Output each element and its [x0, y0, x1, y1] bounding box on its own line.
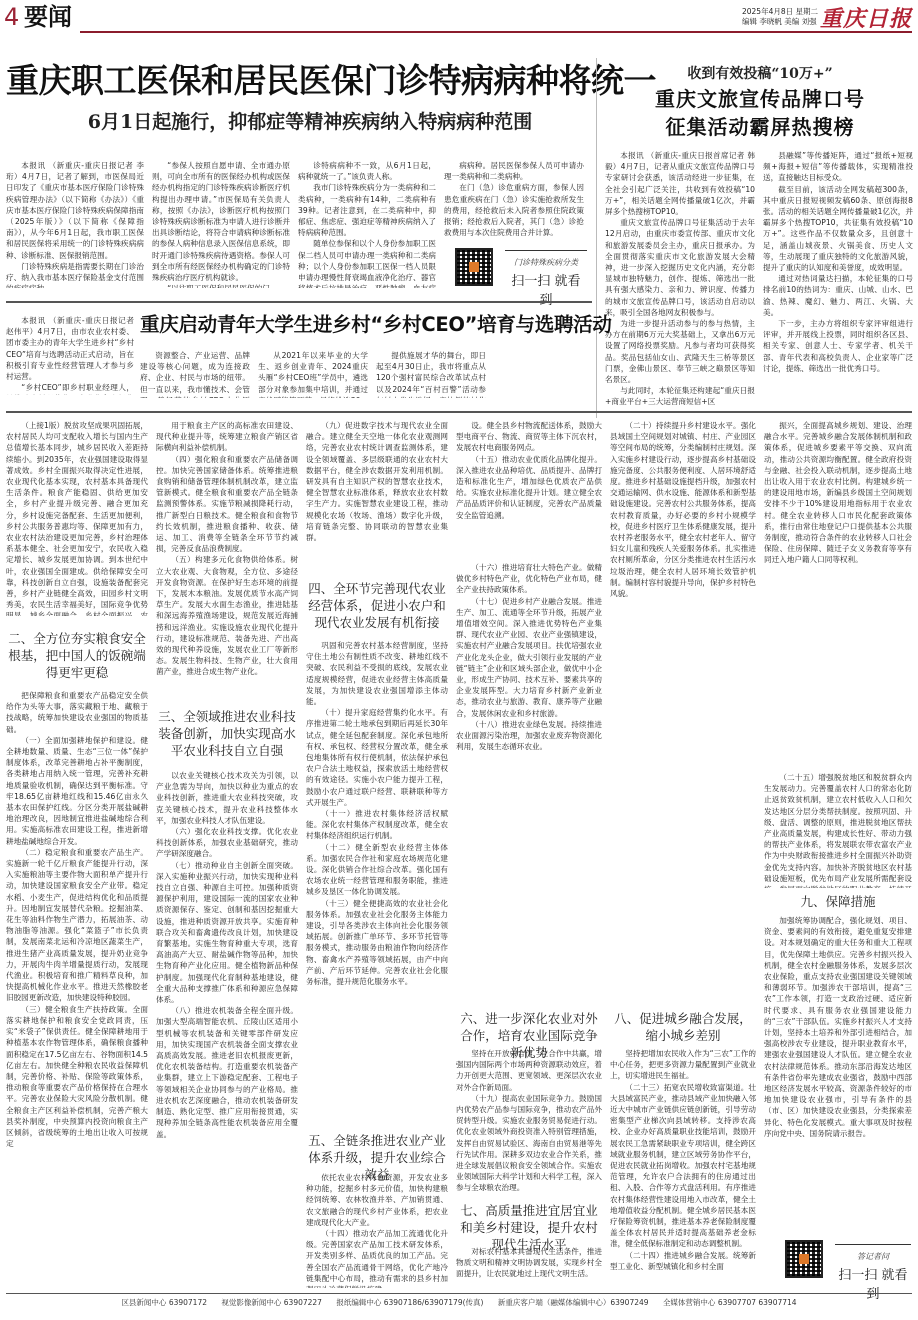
footer-contacts: 区县新闻中心 63907172 视觉影像新闻中心 63907227 报纸编辑中心… [0, 1297, 918, 1315]
plan-heading-8: 八、促进城乡融合发展，缩小城乡差别 [610, 1010, 756, 1044]
masthead-rule [80, 31, 912, 33]
plan-col-c-upper: （九）促进数字技术与现代农业全面融合。建立健全天空地一体化农业观测网络，完善农业… [306, 420, 448, 565]
plan-col-e-lower: 坚持把增加农民收入作为“三农”工作的中心任务，把更多资源力量配置到产业就业上，切… [610, 1048, 756, 1288]
ceo-headline: 重庆启动青年大学生进乡村“乡村CEO”培育与选聘活动 [140, 310, 600, 340]
footer-rule [6, 1293, 912, 1294]
section-rule [6, 301, 592, 303]
footer-item: 新重庆客户端（融媒体编辑中心）63907249 [498, 1298, 649, 1307]
plan-col-b-lower: 以农业关键核心技术攻关为引领，以产业急需为导向，加快以种业为重点的农业科技创新，… [156, 770, 298, 1288]
plan-qr-code[interactable] [785, 1240, 823, 1278]
section-name: 要闻 [24, 3, 72, 31]
side-column-1: 本报讯 （新重庆-重庆日报首席记者 韩毅）4月7日，记者从重庆文旅宣传品牌口号专… [605, 150, 755, 410]
lead-qr-code[interactable] [455, 248, 493, 286]
ceo-column-3: 从2021年以来毕业的大学生、返乡创业青年、2024重庆头雁“乡村CEO班”学员… [258, 350, 368, 398]
lead-subheadline: 6月1日起施行，抑郁症等精神疾病纳入特病病种范围 [40, 110, 580, 134]
plan-col-f-upper: 振兴，全面提高城乡规划、建设、治理融合水平。完善城乡融合发展体制机制和政策体系，… [764, 420, 912, 770]
plan-col-d-middle: （十六）推进培育壮大特色产业。做精做优乡村特色产业，优化特色产业布局，健全产业扶… [456, 562, 602, 1002]
issue-date: 2025年4月8日 星期二 [742, 7, 818, 17]
masthead: 4 要闻 2025年4月8日 星期二 编辑 李晓帆 美编 刘强 重庆日报 [0, 0, 918, 34]
qr-topic: 答记者问 [835, 1244, 911, 1262]
lead-column-3: 诊特病病种不一致，从6月1日起，病种就统一了。”该负责人称。我市门诊特殊疾病分为… [298, 160, 436, 288]
plan-col-b-upper: 用于粮食主产区的高标准农田建设、现代种业提升等，统筹建立粮食产销区省际横向利益补… [156, 420, 298, 682]
lead-headline: 重庆职工医保和居民医保门诊特病病种将统一 [6, 60, 586, 102]
newspaper-logo: 重庆日报 [820, 2, 912, 33]
plan-col-a-lower: 把保障粮食和重要农产品稳定安全供给作为头等大事，落实藏粮于地、藏粮于技战略，统筹… [6, 690, 148, 1288]
qr-topic: 门诊特殊疾病分类 [505, 250, 587, 268]
plan-col-e-upper: （二十）持续提升乡村建设水平。强化县域国土空间规划对城镇、村庄、产业园区等空间布… [610, 420, 756, 1000]
plan-col-c-bottom: 依托农业农村特色资源，开发农业多种功能，挖掘乡村多元价值，加快构建粮经饲统筹、农… [306, 1172, 448, 1288]
plan-heading-3: 三、全领域推进农业科技装备创新，加快实现高水平农业科技自立自强 [156, 708, 298, 759]
side-headline-line2: 征集活动霸屏热搜榜 [605, 113, 915, 141]
plan-col-c-lower: 巩固和完善农村基本经营制度，坚持守住土地公有制性质不改变、耕地红线不突破、农民利… [306, 640, 448, 1118]
lead-column-1: 本报讯 （新重庆-重庆日报记者 李珩）4月7日，记者了解到，市医保局近日印发了《… [6, 160, 144, 288]
masthead-meta: 2025年4月8日 星期二 编辑 李晓帆 美编 刘强 [742, 7, 818, 27]
lead-column-2: “参保人按照自愿申请、全市通办原则，可向全市所有的医保经办机构或医保经办机构指定… [152, 160, 290, 288]
footer-item: 区县新闻中心 63907172 [121, 1298, 207, 1307]
footer-item: 报纸编辑中心 63907186/63907179(传真) [336, 1298, 483, 1307]
ceo-column-4: 提供施展才华的舞台，即日起至4月30日止，我市将重点从120个强村富民综合改革试… [376, 350, 486, 398]
editors-credit: 编辑 李晓帆 美编 刘强 [742, 17, 818, 27]
lead-qr-caption: 门诊特殊疾病分类 扫一扫 就看到 [505, 250, 587, 308]
plan-heading-4: 四、全环节完善现代农业经营体系，促进小农户和现代农业发展有机衔接 [306, 580, 448, 631]
ceo-column-1: 本报讯 （新重庆-重庆日报记者 赵伟平）4月7日，由市农业农村委、团市委主办的青… [6, 315, 134, 395]
footer-item: 全媒体营销中心 63907707 63907714 [663, 1298, 797, 1307]
side-headline: 重庆文旅宣传品牌口号 征集活动霸屏热搜榜 [605, 85, 915, 141]
plan-heading-9: 九、保障措施 [764, 893, 912, 910]
plan-col-d-bottom: 对标农村基本具备现代生活条件，推进物质文明和精神文明协调发展，实现乡村全面提升，… [456, 1246, 602, 1288]
ceo-column-2: 资源整合、产业运营、品牌建设等核心问题，成为连接政府、企业、村民与市场的纽带。但… [140, 350, 250, 398]
qr-logo-icon [799, 1254, 809, 1264]
footer-item: 视觉影像新闻中心 63907227 [221, 1298, 322, 1307]
side-kicker: 收到有效投稿“10万+” [605, 63, 915, 83]
side-headline-line1: 重庆文旅宣传品牌口号 [605, 85, 915, 113]
plan-heading-2: 二、全方位夯实粮食安全根基，把中国人的饭碗端得更牢更稳 [6, 630, 148, 681]
plan-col-d-lower: 坚持在开放中合作、在合作中共赢，增强国内国际两个市场两种资源联动效应，着力开创更… [456, 1048, 602, 1198]
plan-col-d-upper: 设。健全县乡村物流配送体系，鼓励大型电商平台、物流、商贸等主体下沉农村，发展农村… [456, 420, 602, 560]
lead-column-4: 病病种。居民医保参保人员可申请办理一类病种和二类病种。在门（急）诊危重病方面，参… [444, 160, 584, 242]
plan-col-f-lower: 加强统筹协调配合，强化规划、项目、资金、要素间的有效衔接，避免重复安排建设。对本… [764, 915, 912, 1231]
plan-col-a-upper: （上接1版）脱贫攻坚成果巩固拓展，农村居民人均可支配收入增长与国内生产总值增长基… [6, 420, 148, 616]
section-rule-2 [6, 411, 912, 413]
plan-col-f-middle: （二十五）增强脱贫地区和脱贫群众内生发展动力。完善覆盖农村人口的常态化防止返贫致… [764, 772, 912, 888]
page-number: 4 [4, 4, 19, 30]
qr-logo-icon [469, 262, 479, 272]
column-divider [596, 58, 597, 418]
side-column-2: 县融媒”等传播矩阵，通过“报纸+短视频+海报+短信”等传播载体，实现精准投送，直… [763, 150, 913, 410]
